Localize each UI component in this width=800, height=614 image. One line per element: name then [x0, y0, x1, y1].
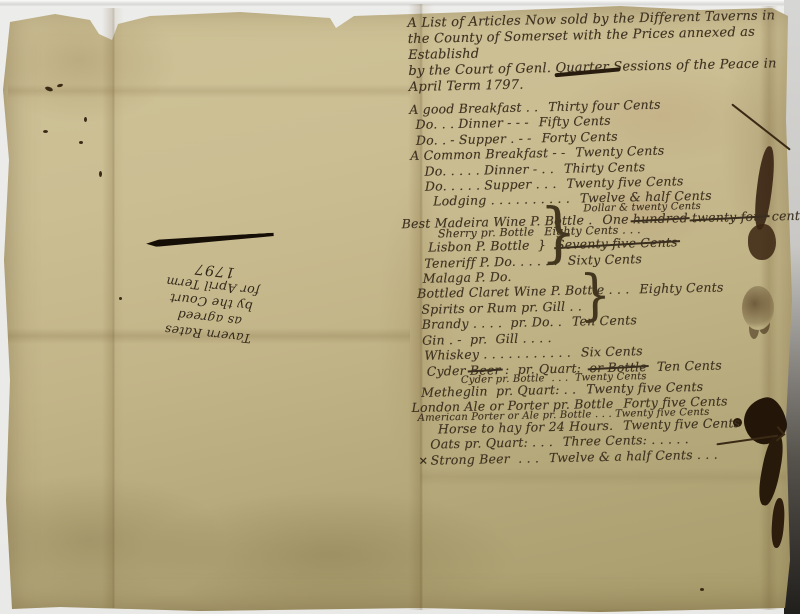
item-price: Twelve & a half Cents . . . — [549, 446, 718, 465]
ink-speck — [119, 297, 122, 300]
ink-speck — [99, 171, 102, 177]
document-title: A List of Articles Now sold by the Diffe… — [407, 8, 789, 96]
ink-speck — [79, 141, 83, 144]
group-brace-wines: } — [540, 224, 577, 242]
group-brace-spirits: } — [579, 287, 611, 305]
item-price: Twenty five Cents — [623, 415, 740, 432]
struck-text: Beer — [470, 362, 501, 378]
scanner-background-top — [0, 0, 800, 7]
item-price: Thirty Cents — [564, 159, 646, 176]
docket-note: Tavern Rates as agreed by the Court for … — [131, 238, 292, 349]
cross-mark: ✕ — [418, 453, 428, 469]
struck-text: hundred — [633, 210, 688, 226]
item-price: Thirty four Cents — [548, 97, 661, 114]
price-list: A List of Articles Now sold by the Diffe… — [407, 8, 796, 468]
item-price: Ten Cents — [657, 357, 722, 373]
ink-speck — [43, 130, 48, 133]
scanned-document-page: Tavern Rates as agreed by the Court for … — [0, 0, 800, 614]
item-name: Teneriff P. Do. . . . . . — [424, 253, 558, 271]
item-name: Malaga P. Do. — [423, 269, 512, 286]
item-price: Fifty Cents — [539, 113, 611, 130]
item-price: Six Cents — [581, 343, 643, 359]
ink-speck — [84, 117, 87, 122]
item-name: Strong Beer . . . — [430, 450, 539, 467]
item-price: Eighty Cents — [639, 280, 723, 297]
item-price: Twenty Cents — [575, 143, 664, 160]
item-price: Forty Cents — [541, 128, 618, 145]
struck-text: twenty four — [692, 208, 768, 225]
struck-text: or Bottle — [589, 359, 647, 375]
ink-speck — [700, 588, 704, 591]
